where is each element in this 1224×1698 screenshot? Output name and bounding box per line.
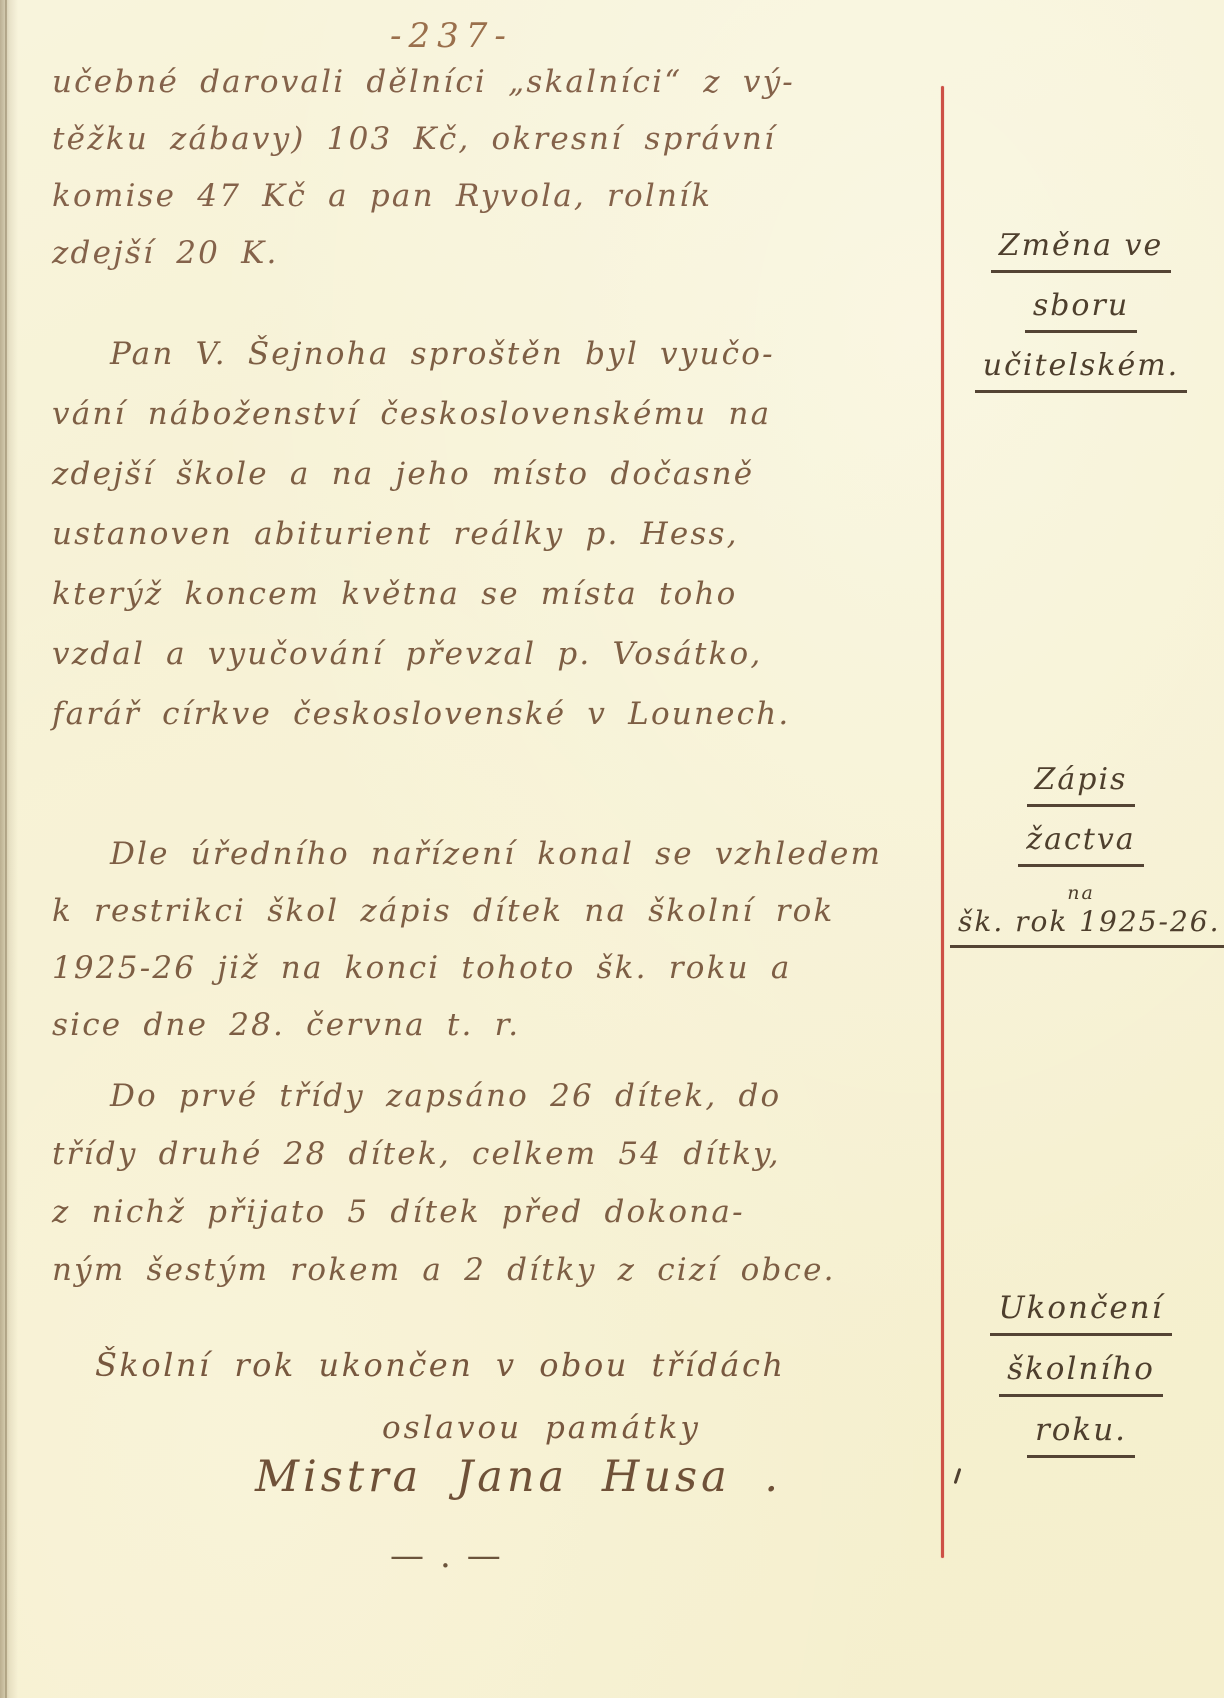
- page-binding-edge: [0, 0, 18, 1698]
- handwritten-line: Dle úředního nařízení konal se vzhledem: [52, 836, 882, 893]
- handwritten-line: vání náboženství československému na: [52, 396, 790, 456]
- page-binding-edge-line: [5, 0, 7, 1698]
- handwritten-line: z nichž přijato 5 dítek před dokona-: [52, 1194, 836, 1252]
- margin-note-line: Zápis: [950, 762, 1212, 807]
- handwritten-line: Mistra Jana Husa .: [255, 1452, 782, 1502]
- handwritten-line: ustanoven abiturient reálky p. Hess,: [52, 516, 790, 576]
- handwritten-line: ným šestým rokem a 2 dítky z cizí obce.: [52, 1252, 836, 1310]
- handwritten-line: zdejší 20 K.: [52, 235, 795, 292]
- chronicle-page: -237- učebné darovali dělníci „skalníci“…: [0, 0, 1224, 1698]
- margin-note-enrollment: Zápis žactva na šk. rok 1925-26.: [950, 762, 1212, 963]
- margin-note-line: šk. rok 1925-26.: [950, 905, 1212, 948]
- margin-rule-line: [941, 86, 944, 1558]
- handwritten-line: Pan V. Šejnoha sproštěn byl vyučo-: [52, 336, 790, 396]
- paragraph-enrollment: Dle úředního nařízení konal se vzhledem …: [52, 836, 882, 1064]
- handwritten-line: zdejší škole a na jeho místo dočasně: [52, 456, 790, 516]
- paragraph-enrollment-counts: Do prvé třídy zapsáno 26 dítek, do třídy…: [52, 1078, 836, 1310]
- margin-note-teacher-change: Změna ve sboru učitelském.: [950, 228, 1212, 408]
- margin-note-line: Ukončení: [950, 1290, 1212, 1336]
- section-end-mark: —.—: [390, 1536, 517, 1576]
- handwritten-line: Školní rok ukončen v obou třídách: [95, 1346, 786, 1384]
- handwritten-line: třídy druhé 28 dítek, celkem 54 dítky,: [52, 1136, 836, 1194]
- margin-note-line: školního: [950, 1351, 1212, 1397]
- handwritten-line: těžku zábavy) 103 Kč, okresní správní: [52, 121, 795, 178]
- handwritten-line: sice dne 28. června t. r.: [52, 1007, 882, 1064]
- margin-note-line: učitelském.: [950, 348, 1212, 393]
- handwritten-line: oslavou památky: [382, 1410, 701, 1446]
- page-number: -237-: [390, 16, 513, 56]
- handwritten-line: učebné darovali dělníci „skalníci“ z vý-: [52, 64, 795, 121]
- paragraph-teacher-change: Pan V. Šejnoha sproštěn byl vyučo- vání …: [52, 336, 790, 756]
- margin-note-year-end: Ukončení školního roku.: [950, 1290, 1212, 1473]
- margin-note-line: žactva: [950, 822, 1212, 867]
- handwritten-line: farář církve československé v Lounech.: [52, 696, 790, 756]
- margin-note-line: Změna ve: [950, 228, 1212, 273]
- handwritten-line: 1925-26 již na konci tohoto šk. roku a: [52, 950, 882, 1007]
- handwritten-line: vzdal a vyučování převzal p. Vosátko,: [52, 636, 790, 696]
- margin-note-line: roku.: [950, 1412, 1212, 1458]
- margin-note-line: na: [950, 882, 1212, 905]
- handwritten-line: komise 47 Kč a pan Ryvola, rolník: [52, 178, 795, 235]
- handwritten-line: Do prvé třídy zapsáno 26 dítek, do: [52, 1078, 836, 1136]
- handwritten-line: kterýž koncem května se místa toho: [52, 576, 790, 636]
- handwritten-line: k restrikci škol zápis dítek na školní r…: [52, 893, 882, 950]
- margin-note-line: sboru: [950, 288, 1212, 333]
- paragraph-donations: učebné darovali dělníci „skalníci“ z vý-…: [52, 64, 795, 292]
